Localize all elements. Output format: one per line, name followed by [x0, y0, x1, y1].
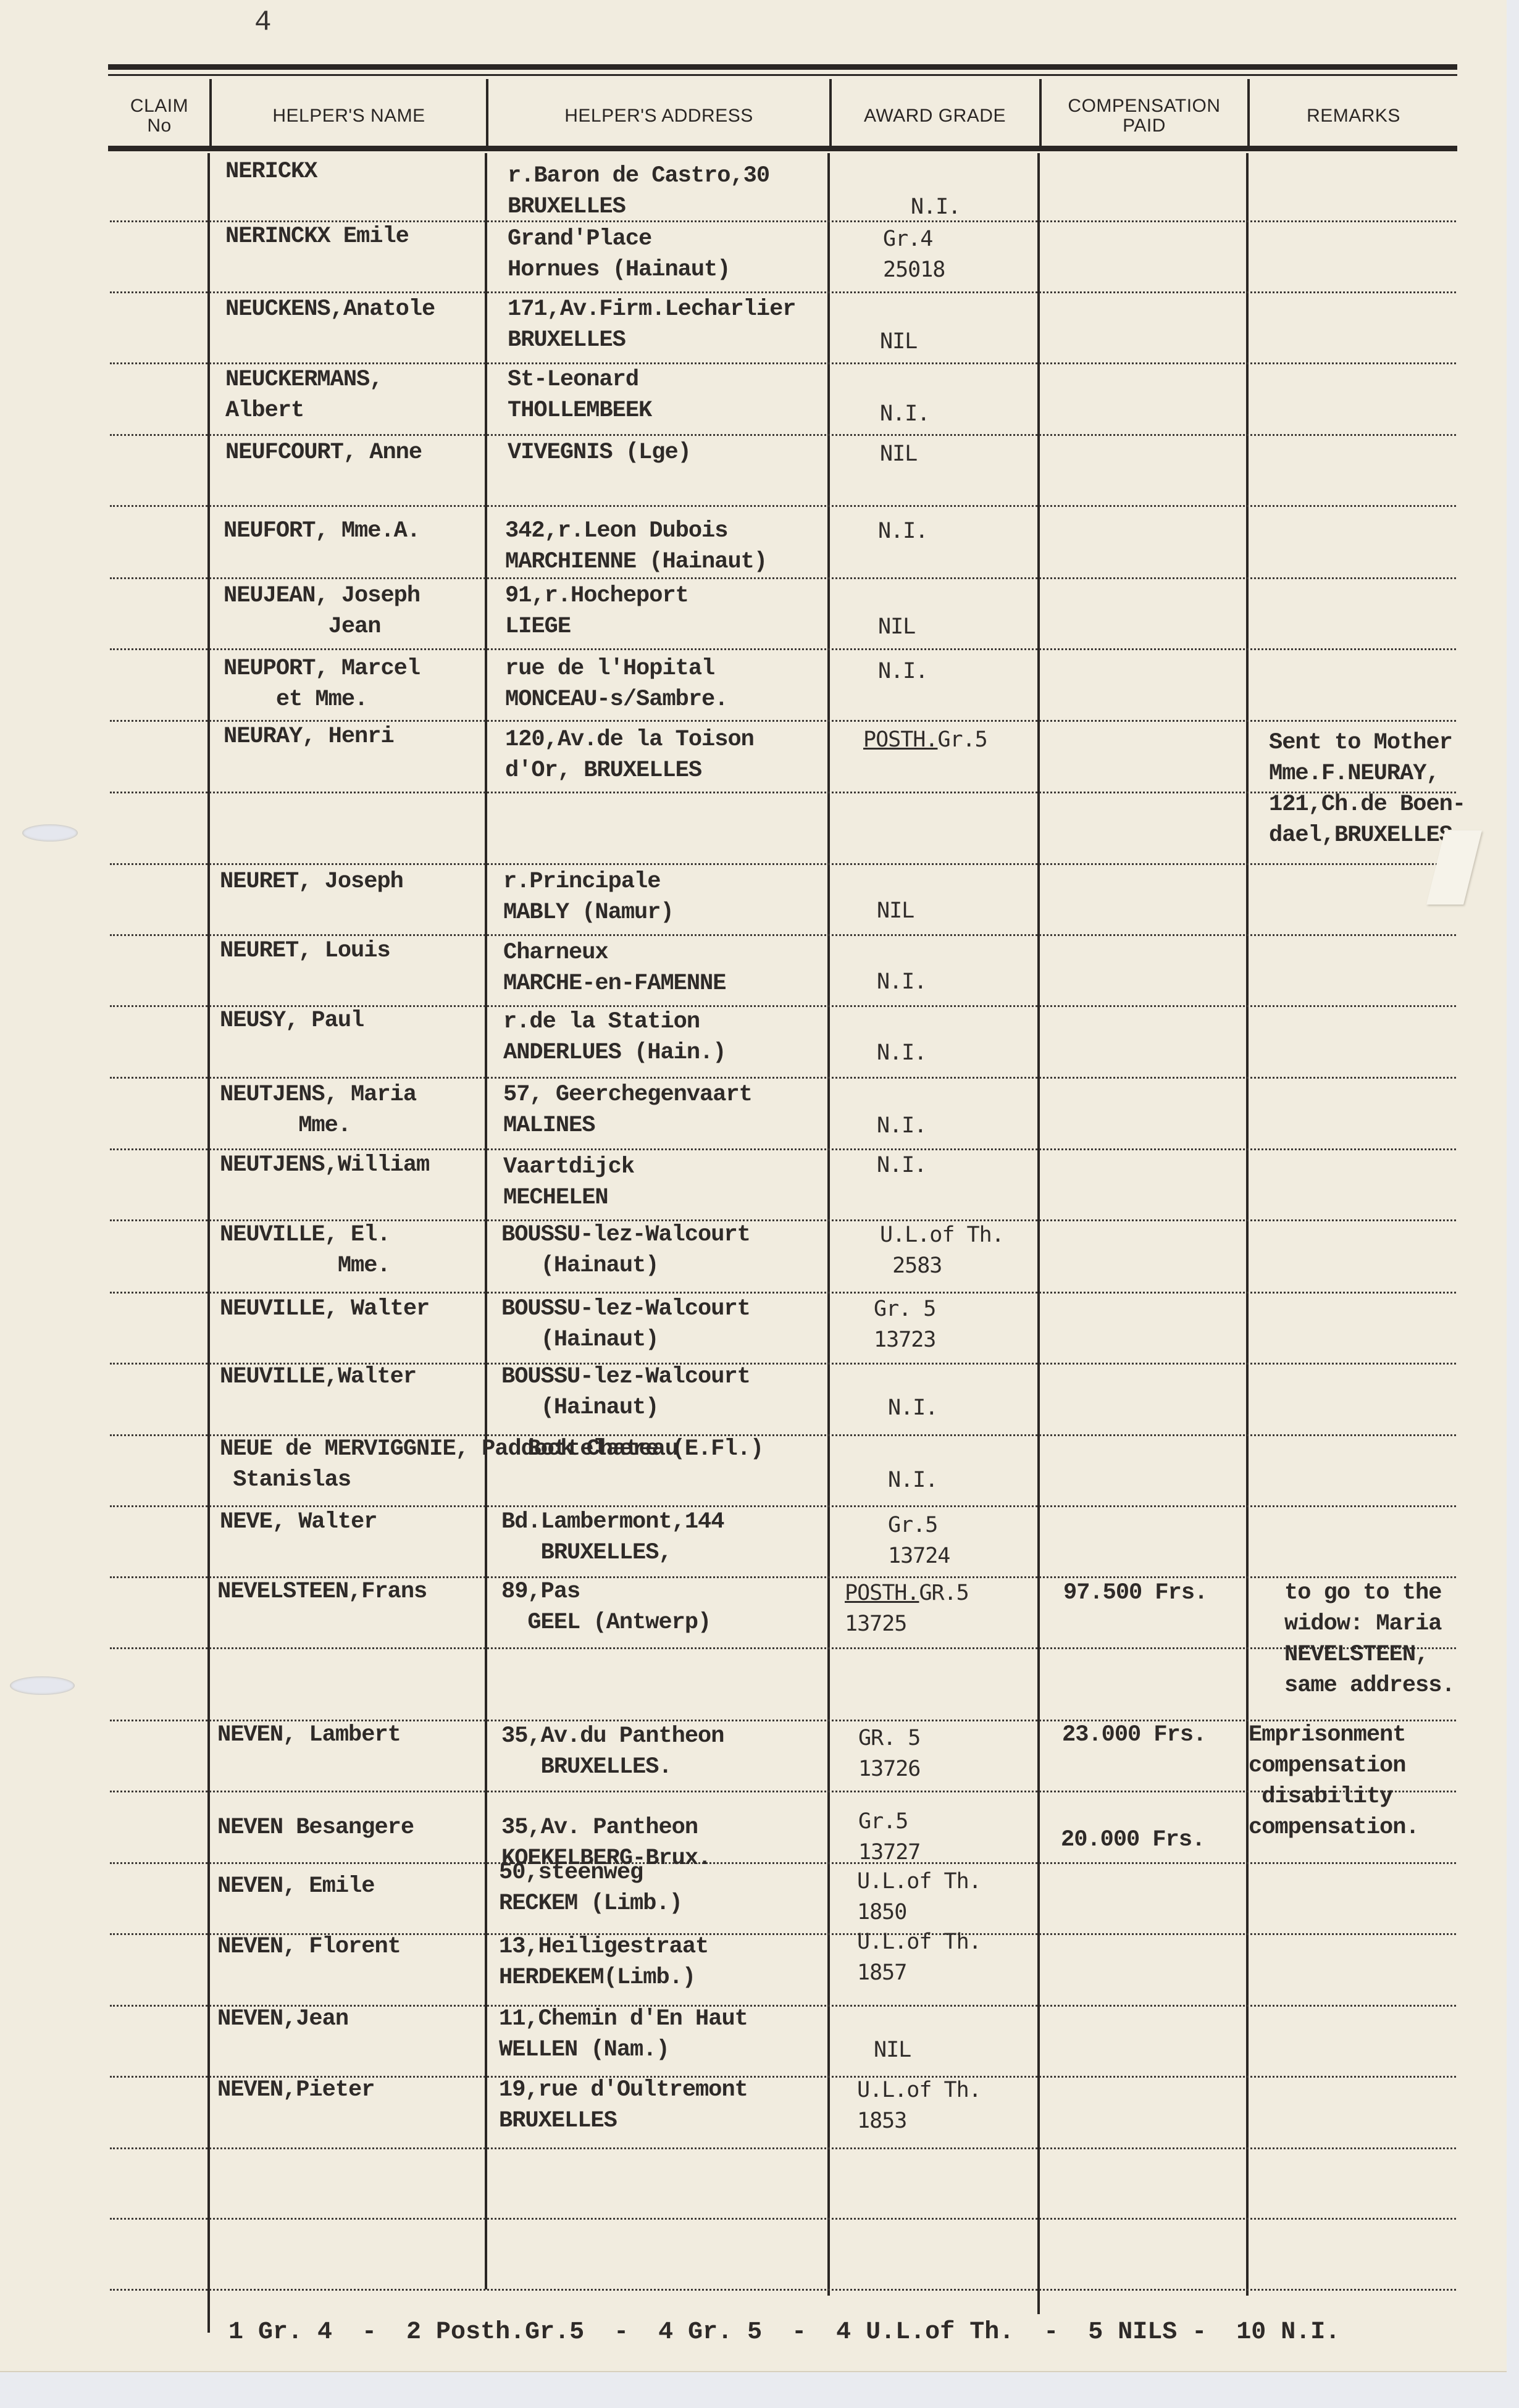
- helper-address: Bottelaere (E.Fl.): [501, 1434, 763, 1465]
- row-separator: [110, 1862, 1456, 1864]
- header-divider: [1247, 79, 1250, 146]
- document-page: 4 CLAIMNo HELPER'S NAME HELPER'S ADDRESS…: [0, 0, 1507, 2372]
- helper-name: NEVE, Walter: [220, 1507, 377, 1537]
- helper-address: BOUSSU-lez-Walcourt (Hainaut): [501, 1294, 750, 1355]
- helper-name: NEUFCOURT, Anne: [225, 437, 422, 468]
- header-divider: [829, 79, 832, 146]
- helper-address: 342,r.Leon DuboisMARCHIENNE (Hainaut): [505, 516, 767, 577]
- helper-address: 171,Av.Firm.LecharlierBRUXELLES: [508, 294, 795, 356]
- row-separator: [110, 434, 1456, 436]
- row-separator: [110, 577, 1456, 579]
- award-grade: NIL: [874, 2034, 911, 2065]
- award-grade: NIL: [878, 611, 915, 642]
- helper-name: NEUTJENS, Maria Mme.: [220, 1079, 416, 1141]
- helper-address: 57, GeerchegenvaartMALINES: [503, 1079, 752, 1141]
- helper-name: NEURET, Louis: [220, 935, 390, 966]
- helper-name: NEVEN,Jean: [217, 2004, 348, 2034]
- header-top-rule: [108, 64, 1457, 70]
- award-grade: N.I.: [878, 516, 927, 546]
- helper-name: NERINCKX Emile: [225, 221, 409, 252]
- helper-address: rue de l'HopitalMONCEAU-s/Sambre.: [505, 653, 727, 715]
- row-separator: [110, 1647, 1456, 1649]
- compensation-paid: 20.000 Frs.: [1061, 1825, 1205, 1855]
- helper-name: NEUVILLE, El. Mme.: [220, 1219, 390, 1281]
- compensation-paid: 23.000 Frs.: [1062, 1720, 1206, 1750]
- column-divider: [485, 153, 487, 2289]
- award-grade: U.L.of Th. 2583: [880, 1219, 1004, 1281]
- helper-name: NEVEN, Lambert: [217, 1720, 401, 1750]
- award-grade: N.I.: [888, 1392, 937, 1423]
- page-number: 4: [254, 6, 272, 38]
- helper-address: r.de la StationANDERLUES (Hain.): [503, 1006, 726, 1068]
- award-grade: NIL: [877, 895, 914, 926]
- row-separator: [110, 1077, 1456, 1079]
- punch-hole: [22, 824, 78, 842]
- award-grade: U.L.of Th.1857: [857, 1926, 981, 1988]
- helper-name: NEUTJENS,William: [220, 1150, 429, 1181]
- helper-address: 11,Chemin d'En HautWELLEN (Nam.): [499, 2004, 748, 2065]
- remarks: to go to thewidow: MariaNEVELSTEEN,same …: [1284, 1578, 1455, 1701]
- row-separator: [110, 648, 1456, 650]
- helper-address: VIVEGNIS (Lge): [508, 437, 691, 468]
- helper-name: NEUCKERMANS,Albert: [225, 364, 382, 426]
- remarks: Sent to MotherMme.F.NEURAY,121,Ch.de Boe…: [1269, 727, 1465, 851]
- helper-address: r.PrincipaleMABLY (Namur): [503, 866, 674, 928]
- helper-name: NEVEN Besangere: [217, 1812, 414, 1843]
- award-grade: GR. 513726: [858, 1723, 920, 1784]
- row-separator: [110, 792, 1456, 793]
- helper-address: BOUSSU-lez-Walcourt (Hainaut): [501, 1219, 750, 1281]
- helper-name: NERICKX: [225, 156, 317, 187]
- row-separator: [110, 505, 1456, 507]
- helper-name: NEUPORT, Marcel et Mme.: [224, 653, 420, 715]
- helper-name: NEURET, Joseph: [220, 866, 403, 897]
- award-grade: NIL: [880, 438, 917, 469]
- helper-address: 50,steenwegRECKEM (Limb.): [499, 1857, 682, 1919]
- column-header-award-grade: AWARD GRADE: [831, 86, 1039, 145]
- award-grade: POSTH.Gr.5: [863, 724, 987, 755]
- helper-name: NEUSY, Paul: [220, 1005, 364, 1036]
- award-grade: Gr.425018: [883, 224, 945, 285]
- helper-name: NEVEN, Emile: [217, 1871, 374, 1902]
- punch-hole: [10, 1676, 75, 1695]
- helper-address: 35,Av.du Pantheon BRUXELLES.: [501, 1721, 724, 1783]
- column-header-helper-name: HELPER'S NAME: [211, 86, 487, 145]
- award-grade: POSTH.GR.513725: [845, 1578, 969, 1639]
- award-grade: NIL: [880, 326, 917, 357]
- award-grade: N.I.: [880, 398, 929, 429]
- award-grade: U.L.of Th.1853: [857, 2075, 981, 2136]
- helper-address: 13,HeiligestraatHERDEKEM(Limb.): [499, 1931, 708, 1993]
- helper-name: NEURAY, Henri: [224, 721, 394, 752]
- column-header-claim-no: CLAIMNo: [110, 86, 209, 145]
- helper-address: BOUSSU-lez-Walcourt (Hainaut): [501, 1361, 750, 1423]
- helper-address: CharneuxMARCHE-en-FAMENNE: [503, 937, 726, 999]
- helper-name: NEUVILLE, Walter: [220, 1294, 429, 1324]
- compensation-paid: 97.500 Frs.: [1063, 1578, 1207, 1608]
- award-grade: N.I.: [877, 966, 926, 997]
- column-divider: [827, 153, 830, 2296]
- helper-name: NEUJEAN, Joseph Jean: [224, 580, 420, 642]
- helper-name: NEUCKENS,Anatole: [225, 294, 435, 325]
- helper-address: Grand'PlaceHornues (Hainaut): [508, 224, 730, 285]
- column-header-remarks: REMARKS: [1250, 86, 1457, 145]
- header-bottom-rule: [108, 146, 1457, 151]
- award-grade: N.I.: [877, 1150, 926, 1181]
- helper-address: Bd.Lambermont,144 BRUXELLES,: [501, 1507, 724, 1568]
- award-grade: Gr. 513723: [874, 1294, 935, 1355]
- award-grade: N.I.: [877, 1110, 926, 1141]
- helper-name: NEUVILLE,Walter: [220, 1361, 416, 1392]
- award-grade: Gr.513727: [858, 1806, 920, 1868]
- header-divider: [486, 79, 488, 146]
- row-separator: [110, 863, 1456, 865]
- helper-name: NEUFORT, Mme.A.: [224, 516, 420, 546]
- award-grade: N.I.: [911, 191, 960, 222]
- column-header-compensation-paid: COMPENSATIONPAID: [1041, 86, 1247, 145]
- helper-name: NEVELSTEEN,Frans: [217, 1576, 427, 1607]
- column-header-helper-address: HELPER'S ADDRESS: [489, 86, 829, 145]
- helper-address: r.Baron de Castro,30BRUXELLES: [508, 161, 769, 222]
- award-grade: N.I.: [877, 1037, 926, 1068]
- award-summary: 1 Gr. 4 - 2 Posth.Gr.5 - 4 Gr. 5 - 4 U.L…: [228, 2318, 1340, 2346]
- award-grade: U.L.of Th.1850: [857, 1866, 981, 1928]
- helper-address: St-LeonardTHOLLEMBEEK: [508, 364, 651, 426]
- column-divider: [1037, 153, 1040, 2314]
- award-grade: N.I.: [878, 656, 927, 687]
- helper-name: NEVEN, Florent: [217, 1931, 401, 1962]
- row-separator: [110, 2147, 1456, 2149]
- header-divider: [1039, 79, 1042, 146]
- helper-address: 120,Av.de la Toisond'Or, BRUXELLES: [505, 724, 754, 786]
- award-grade: N.I.: [888, 1465, 937, 1495]
- helper-address: 91,r.HocheportLIEGE: [505, 580, 688, 642]
- helper-address: VaartdijckMECHELEN: [503, 1152, 634, 1213]
- header-second-rule: [108, 74, 1457, 76]
- helper-address: 89,Pas GEEL (Antwerp): [501, 1576, 711, 1638]
- helper-name: NEVEN,Pieter: [217, 2075, 374, 2105]
- row-separator: [110, 291, 1456, 293]
- header-divider: [209, 79, 212, 146]
- award-grade: Gr.513724: [888, 1510, 950, 1571]
- remarks: Emprisonmentcompensation disabilitycompe…: [1249, 1720, 1419, 1843]
- row-separator: [110, 2218, 1456, 2220]
- row-separator: [110, 2289, 1456, 2291]
- helper-address: 19,rue d'OultremontBRUXELLES: [499, 2075, 748, 2136]
- column-divider: [1246, 153, 1249, 2296]
